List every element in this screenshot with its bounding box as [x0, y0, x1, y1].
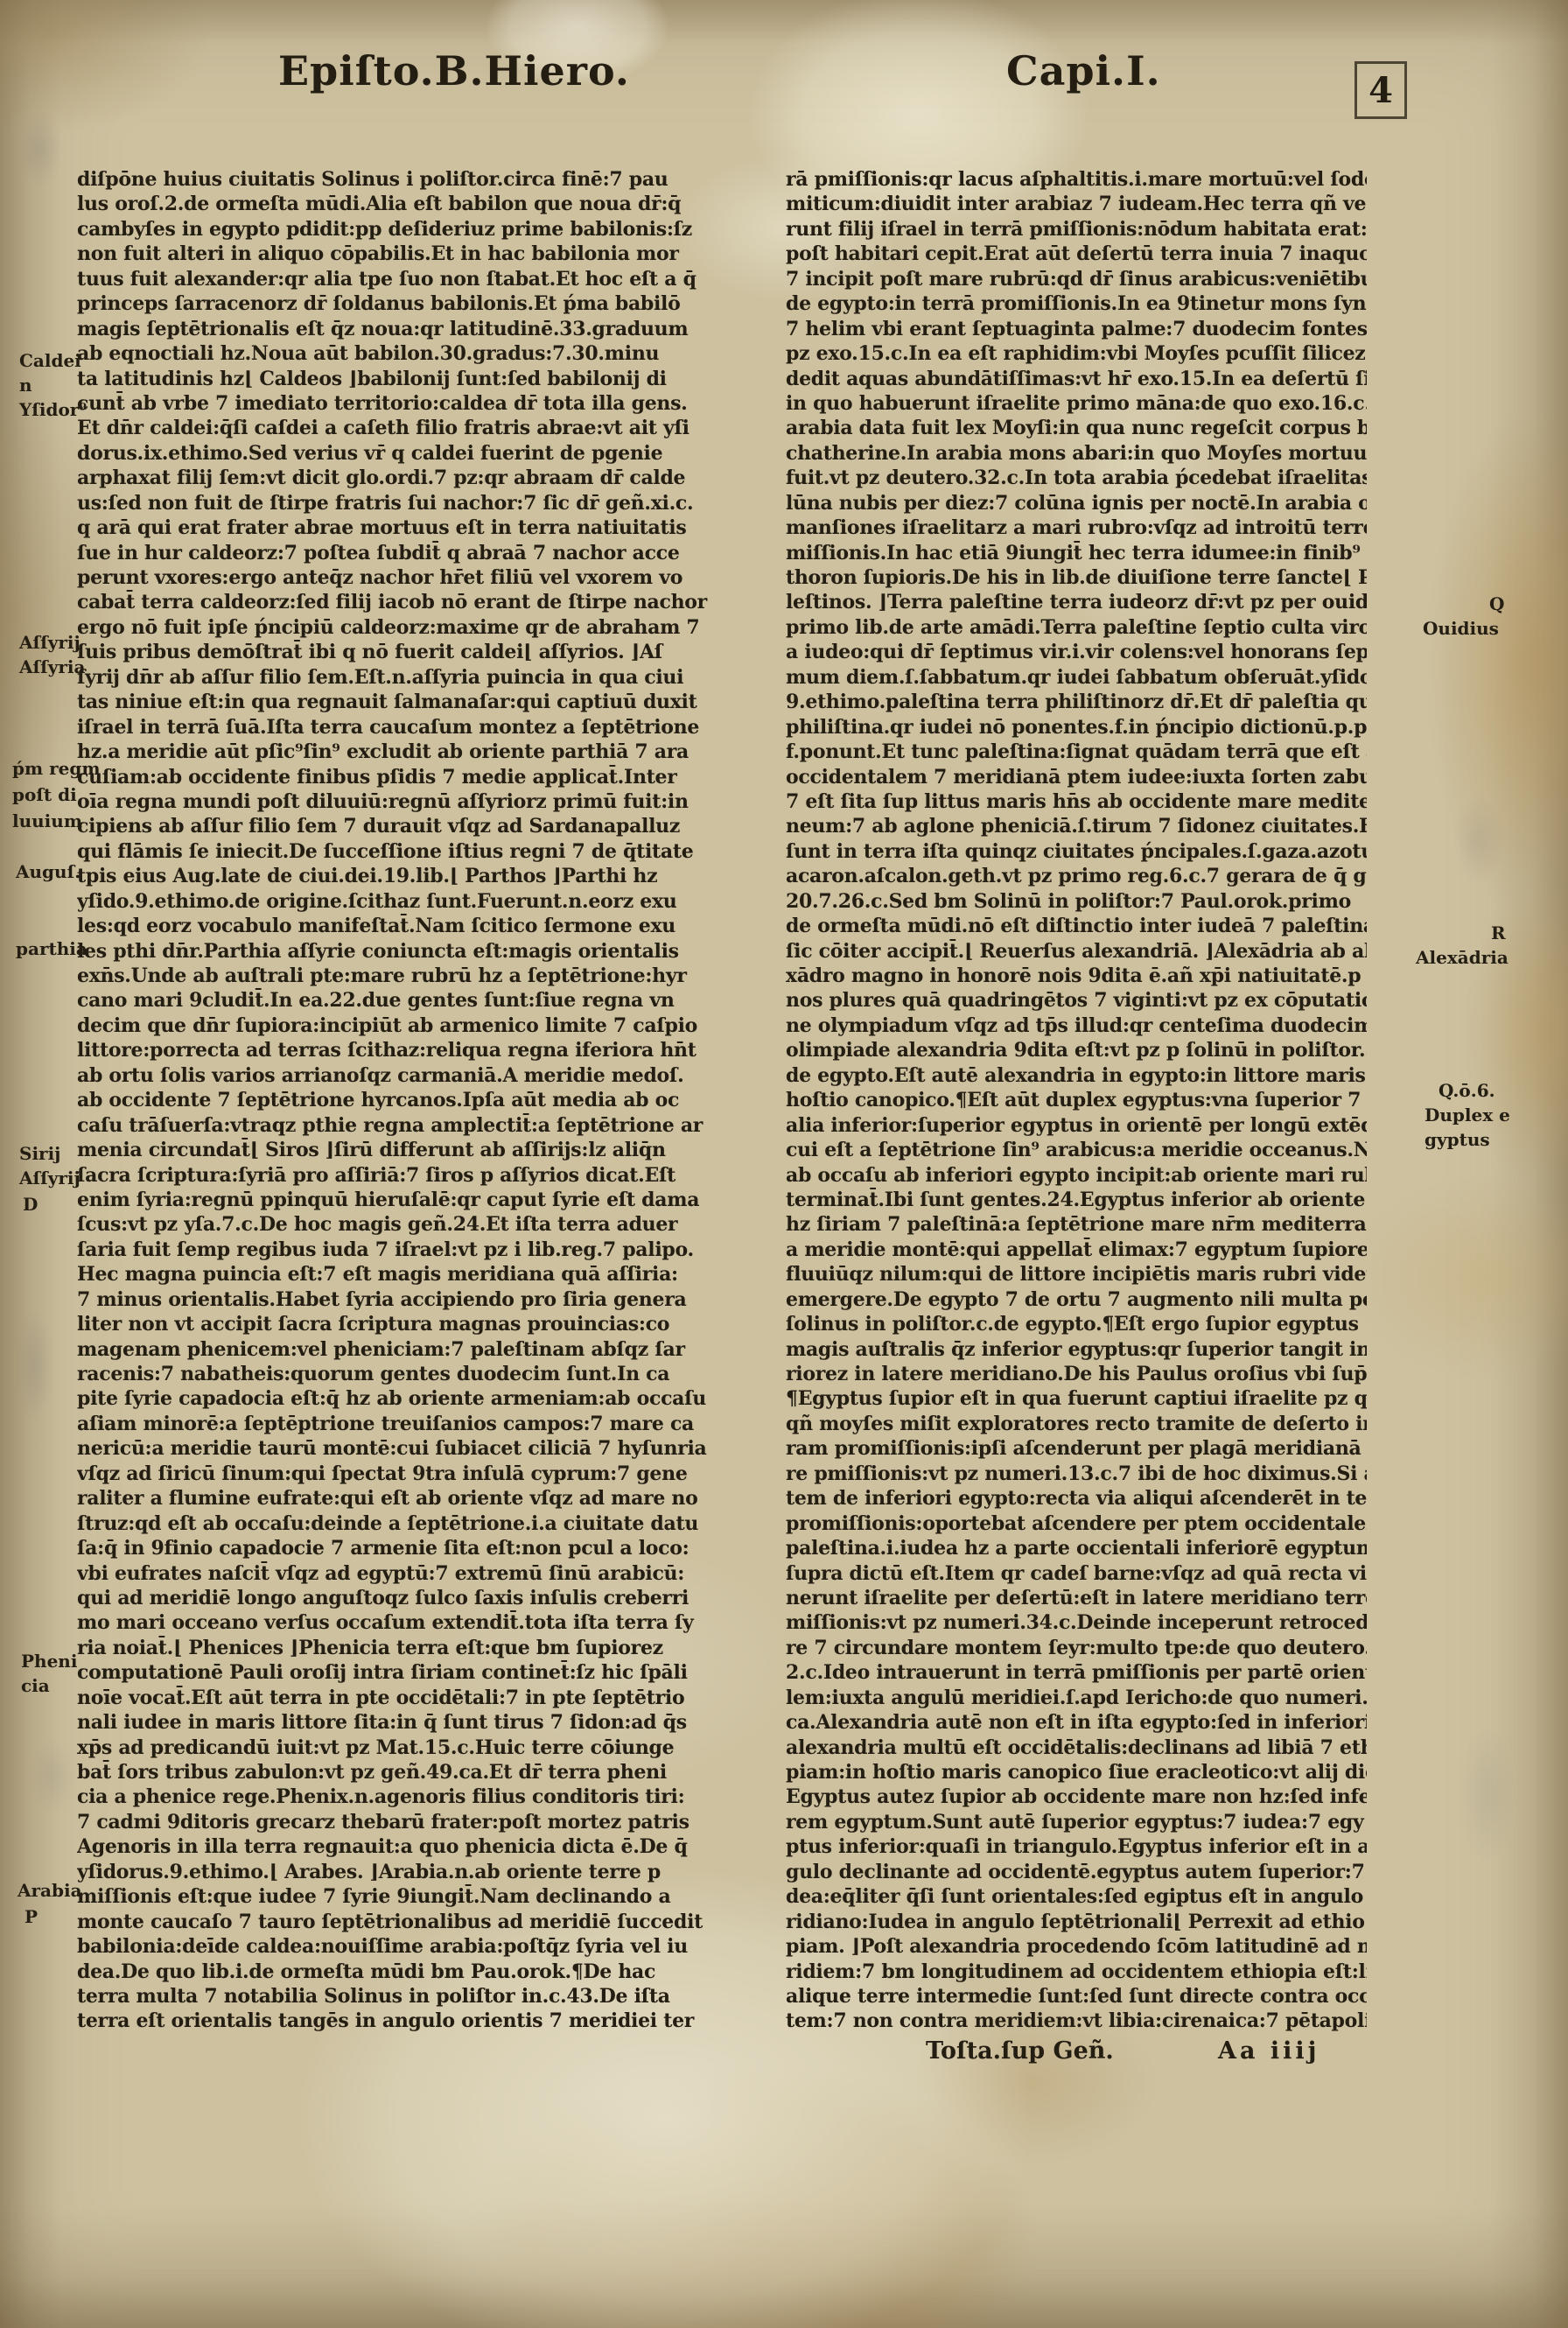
- text-line: 2.c.Ideo intrauerunt in terrā pmiſſionis…: [786, 1660, 1367, 1685]
- text-line: tem:7 non contra meridiem:vt libia:ciren…: [786, 2009, 1367, 2033]
- text-line: 7 incipit poſt mare rubrū:qd dr̄ ſinus a…: [786, 267, 1367, 291]
- text-line: princeps ſarracenorz dr̄ ſoldanus babilo…: [77, 291, 716, 316]
- text-line: monte caucaſo 7 tauro ſeptētrionalibus a…: [77, 1910, 716, 1934]
- text-line: noīe vocat̄.Eſt aūt terra in pte occidēt…: [77, 1686, 716, 1710]
- margin-note-luuium: luuium: [12, 810, 82, 831]
- text-line: dorus.ix.ethimo.Sed verius vr̄ q caldei …: [77, 441, 716, 466]
- text-line: re 7 circundare montem ſeyr:multo tpe:de…: [786, 1636, 1367, 1660]
- text-line: yſido.9.ethimo.de origine.ſcithaz ſunt.F…: [77, 889, 716, 914]
- text-line: computationē Pauli oroſij intra ſiriam c…: [77, 1660, 716, 1685]
- text-line: piam. ⌋Poſt alexandria procedendo ſcōm l…: [786, 1934, 1367, 1959]
- text-line: terminat̄.Ibi ſunt gentes.24.Egyptus inf…: [786, 1188, 1367, 1212]
- text-column-right: rā pmiſſionis:qr lacus aſphaltitis.i.mar…: [786, 167, 1367, 2034]
- text-line: enim ſyria:regnū ppinquū hieruſalē:qr ca…: [77, 1188, 716, 1212]
- text-line: de egypto:in terrā promiſſionis.In ea 9t…: [786, 291, 1367, 316]
- text-line: nos plures quā quadringētos 7 viginti:vt…: [786, 988, 1367, 1013]
- text-line: cambyſes in egypto pdidit:pp deſideriuz …: [77, 217, 716, 242]
- text-line: ca.Alexandria autē non eſt in iſta egypt…: [786, 1710, 1367, 1735]
- text-line: hz ſiriam 7 paleſtinā:a ſeptētrione mare…: [786, 1212, 1367, 1237]
- text-line: rem egyptum.Sunt autē ſuperior egyptus:7…: [786, 1810, 1367, 1834]
- text-line: cipiens ab aſſur filio ſem 7 durauit vſq…: [77, 814, 716, 838]
- text-line: menia circundat̄⌊ Siros ⌋ſirū differunt …: [77, 1138, 716, 1162]
- margin-note-arabia: Arabia: [17, 1880, 82, 1901]
- text-line: ab occaſu ab inferiori egypto incipit:ab…: [786, 1163, 1367, 1188]
- text-line: liter non vt accipit ſacra ſcriptura mag…: [77, 1312, 716, 1336]
- text-line: rā pmiſſionis:qr lacus aſphaltitis.i.mar…: [786, 167, 1367, 192]
- text-line: gulo declinante ad occidentē.egyptus aut…: [786, 1860, 1367, 1884]
- text-line: Hec magna puincia eſt:7 eſt magis meridi…: [77, 1262, 716, 1287]
- margin-note-assyrij: Aſſyrij: [19, 632, 80, 653]
- text-line: occidentalem 7 meridianā ptem iudee:iuxt…: [786, 765, 1367, 789]
- text-line: olimpiade alexandria 9dita eſt:vt pz p ſ…: [786, 1038, 1367, 1062]
- text-line: lem:iuxta angulū meridiei.ſ.apd Iericho:…: [786, 1686, 1367, 1710]
- text-line: xādro magno in honorē nois 9dita ē.añ xp…: [786, 964, 1367, 988]
- text-line: ab occidente 7 ſeptētrione hyrcanos.Ipſa…: [77, 1088, 716, 1112]
- text-line: tuus fuit alexander:qr alia tpe ſuo non …: [77, 267, 716, 291]
- text-line: perunt vxores:ergo anteq̄z nachor hr̄et …: [77, 565, 716, 590]
- text-line: ſcus:vt pz yſa.7.c.De hoc magis geñ.24.E…: [77, 1212, 716, 1237]
- text-line: dea:eq̄liter q̄ſi ſunt orientales:ſed eg…: [786, 1884, 1367, 1909]
- text-line: magenam phenicem:vel pheniciam:7 paleſti…: [77, 1337, 716, 1362]
- margin-note-alexadria: Alexādria: [1416, 947, 1508, 968]
- text-line: Egyptus autez ſupior ab occidente mare n…: [786, 1785, 1367, 1809]
- text-line: terra eſt orientalis tangēs in angulo or…: [77, 2009, 716, 2033]
- text-line: diſpōne huius ciuitatis Solinus i poliſt…: [77, 167, 716, 192]
- text-line: hz.a meridie aūt pſic⁹ſin⁹ excludit ab o…: [77, 740, 716, 764]
- text-line: 7 cadmi 9ditoris grecarz thebarū frater:…: [77, 1810, 716, 1834]
- text-line: primo lib.de arte amādi.Terra paleſtine …: [786, 615, 1367, 640]
- text-line: oīa regna mundi poſt diluuiū:regnū aſſyr…: [77, 789, 716, 814]
- text-line: decim que dn̄r ſupiora:incipiūt ab armen…: [77, 1013, 716, 1038]
- text-line: Agenoris in illa terra regnauit:a quo ph…: [77, 1834, 716, 1859]
- text-line: miſſionis:vt pz numeri.34.c.Deinde incep…: [786, 1610, 1367, 1635]
- text-line: tem de inferiori egypto:recta via aliqui…: [786, 1486, 1367, 1511]
- text-line: q arā qui erat frater abrae mortuus eſt …: [77, 515, 716, 540]
- margin-note-pheni: Pheni: [21, 1651, 77, 1672]
- text-line: mo mari occeano verſus occaſum extendit̄…: [77, 1610, 716, 1635]
- text-line: ram promiſſionis:ipſi aſcenderunt per pl…: [786, 1436, 1367, 1461]
- text-line: f.ponunt.Et tunc paleſtina:ſignat quādam…: [786, 740, 1367, 764]
- text-line: magis ſeptētrionalis eſt q̄z noua:qr lat…: [77, 317, 716, 341]
- footer-catchword: Toſta.ſup Geñ.: [926, 2037, 1114, 2065]
- text-line: les:qd eorz vocabulo manifeſtat̄.Nam ſci…: [77, 914, 716, 938]
- margin-note-post-di: poſt di: [12, 784, 77, 805]
- footer-signature: Aa iiij: [1218, 2037, 1319, 2065]
- text-line: iſrael in terrā ſuā.Iſta terra caucaſum …: [77, 715, 716, 740]
- text-line: ¶Egyptus ſupior eſt in qua fuerunt capti…: [786, 1386, 1367, 1411]
- text-line: fuit.vt pz deutero.32.c.In tota arabia ṕ…: [786, 466, 1367, 490]
- margin-note-p: P: [24, 1906, 38, 1927]
- text-line: ptus inferior:quaſi in triangulo.Egyptus…: [786, 1834, 1367, 1859]
- text-line: arabia data fuit lex Moyſi:in qua nunc r…: [786, 416, 1367, 440]
- text-line: miſſionis.In hac etiā 9iungit̄ hec terra…: [786, 541, 1367, 565]
- text-line: poſt habitari cepit.Erat aūt deſertū ter…: [786, 242, 1367, 266]
- margin-note-cia: cia: [21, 1675, 50, 1696]
- text-line: pite ſyrie capadocia eſt:q̄ hz ab orient…: [77, 1386, 716, 1411]
- text-line: tpis eius Aug.late de ciui.dei.19.lib.⌊ …: [77, 864, 716, 888]
- running-header-left: Epiſto.B.Hiero.: [278, 47, 630, 95]
- text-line: xp̄s ad predicandū iuit:vt pz Mat.15.c.H…: [77, 1735, 716, 1760]
- text-line: littore:porrecta ad terras ſcithaz:reliq…: [77, 1038, 716, 1062]
- text-line: cuſiam:ab occidente finibus pſidis 7 med…: [77, 765, 716, 789]
- text-line: exn̄s.Unde ab auſtrali pte:mare rubrū hz…: [77, 964, 716, 988]
- margin-note-n: n: [19, 375, 32, 396]
- text-line: a meridie montē:qui appellat̄ elimax:7 e…: [786, 1238, 1367, 1262]
- text-line: babilonia:deīde caldea:nouiſſime arabia:…: [77, 1934, 716, 1959]
- margin-note-augus: Auguſ.: [16, 861, 80, 882]
- text-line: ridiem:7 bm longitudinem ad occidentem e…: [786, 1960, 1367, 1984]
- text-line: fluuiūqz nilum:qui de littore incipiētis…: [786, 1262, 1367, 1287]
- text-line: 20.7.26.c.Sed bm Solinū in poliſtor:7 Pa…: [786, 889, 1367, 914]
- text-line: pz exo.15.c.In ea eſt raphidim:vbi Moyſe…: [786, 341, 1367, 366]
- text-line: ſue in hur caldeorz:7 poſtea ſubdit̄ q a…: [77, 541, 716, 565]
- folio-number: 4: [1354, 61, 1407, 119]
- margin-note-d: D: [23, 1194, 38, 1215]
- text-line: non fuit alteri in aliquo cōpabilis.Et i…: [77, 242, 716, 266]
- text-line: piam:in hoſtio maris canopico ſiue eracl…: [786, 1760, 1367, 1785]
- text-line: 7 helim vbi erant ſeptuaginta palme:7 du…: [786, 317, 1367, 341]
- text-line: nali iudee in maris littore ſita:in q̄ ſ…: [77, 1710, 716, 1735]
- margin-note-ouidius: Ouidius: [1423, 618, 1499, 639]
- text-line: runt filij iſrael in terrā pmiſſionis:nō…: [786, 217, 1367, 242]
- text-line: ſaria fuit ſemp regibus iuda 7 iſrael:vt…: [77, 1238, 716, 1262]
- text-line: nerunt iſraelite per deſertū:eſt in late…: [786, 1586, 1367, 1610]
- text-line: ſolinus in poliſtor.c.de egypto.¶Eſt erg…: [786, 1312, 1367, 1336]
- text-column-left: diſpōne huius ciuitatis Solinus i poliſt…: [77, 167, 716, 2034]
- text-line: 9.ethimo.paleſtina terra philiſtinorz dr…: [786, 690, 1367, 714]
- text-line: cano mari 9cludit̄.In ea.22.due gentes ſ…: [77, 988, 716, 1013]
- text-line: ſtruz:qd eſt ab occaſu:deinde a ſeptētri…: [77, 1511, 716, 1536]
- text-line: lus oroſ.2.de ormeſta mūdi.Alia eſt babi…: [77, 192, 716, 216]
- text-line: re pmiſſionis:vt pz numeri.13.c.7 ibi de…: [786, 1462, 1367, 1486]
- text-line: vbi eufrates naſcit̄ vſqz ad egyptū:7 ex…: [77, 1561, 716, 1586]
- text-line: mum diem.ſ.ſabbatum.qr iudei ſabbatum ob…: [786, 665, 1367, 690]
- text-line: cabat̄ terra caldeorz:ſed filij iacob nō…: [77, 590, 716, 614]
- margin-note-caldei: Caldei: [19, 350, 81, 371]
- text-line: paleſtina.i.iudea hz a parte occientali …: [786, 1536, 1367, 1560]
- text-line: ſa:q̄ in 9finio capadocie 7 armenie ſita…: [77, 1536, 716, 1560]
- margin-note-gyptus: gyptus: [1424, 1129, 1490, 1150]
- text-line: ria noiat̄.⌊ Phenices ⌋Phenicia terra eſ…: [77, 1636, 716, 1660]
- text-line: yſidorus.9.ethimo.⌊ Arabes. ⌋Arabia.n.ab…: [77, 1860, 716, 1884]
- text-line: us:ſed non fuit de ſtirpe fratris ſui na…: [77, 491, 716, 515]
- text-line: aſiam minorē:a ſeptēptrione treuiſanios …: [77, 1412, 716, 1436]
- text-line: arphaxat filij ſem:vt dicit glo.ordi.7 p…: [77, 466, 716, 490]
- margin-note-assyria: Aſſyria: [19, 656, 85, 677]
- margin-note-duplex-e: Duplex e: [1424, 1104, 1510, 1125]
- text-line: ta latitudinis hz⌊ Caldeos ⌋babilonij ſu…: [77, 367, 716, 391]
- text-line: ergo nō fuit ipſe ṕncipiū caldeorz:maxim…: [77, 615, 716, 640]
- text-line: alexandria multū eſt occidētalis:declina…: [786, 1735, 1367, 1760]
- text-line: ſic cōiter accipit̄.⌊ Reuerſus alexandri…: [786, 939, 1367, 964]
- text-line: cui eſt a ſeptētrione ſin⁹ arabicus:a me…: [786, 1138, 1367, 1162]
- text-line: racenis:7 nabatheis:quorum gentes duodec…: [77, 1362, 716, 1386]
- text-line: miſſionis eſt:que iudee 7 ſyrie 9iungit̄…: [77, 1884, 716, 1909]
- text-line: riorez in latere meridiano.De his Paulus…: [786, 1362, 1367, 1386]
- text-line: cunt̄ ab vrbe 7 imediato territorio:cald…: [77, 391, 716, 416]
- margin-note-r: R: [1491, 922, 1506, 943]
- text-line: magis auſtralis q̄z inferior egyptus:qr …: [786, 1337, 1367, 1362]
- text-line: ſacra ſcriptura:ſyriā pro aſſiriā:7 ſiro…: [77, 1163, 716, 1188]
- text-line: 7 eſt ſita ſup littus maris hn̄s ab occi…: [786, 789, 1367, 814]
- text-line: dea.De quo lib.i.de ormeſta mūdi bm Pau.…: [77, 1960, 716, 1984]
- text-line: hoſtio canopico.¶Eſt aūt duplex egyptus:…: [786, 1088, 1367, 1112]
- text-line: leſtinos. ⌋Terra paleſtine terra iudeorz…: [786, 590, 1367, 614]
- text-line: les pthi dn̄r.Parthia aſſyrie coniuncta …: [77, 939, 716, 964]
- text-line: miticum:diuidit inter arabiaz 7 iudeam.H…: [786, 192, 1367, 216]
- text-line: ſyrij dn̄r ab aſſur filio ſem.Eſt.n.aſſy…: [77, 665, 716, 690]
- text-line: ſuis pribus demōſtrat̄ ibi q nō fuerit c…: [77, 640, 716, 664]
- text-line: philiſtina.qr iudei nō ponentes.f.in ṕnc…: [786, 715, 1367, 740]
- text-line: emergere.De egypto 7 de ortu 7 augmento …: [786, 1287, 1367, 1312]
- text-line: chatherine.In arabia mons abari:in quo M…: [786, 441, 1367, 466]
- text-line: ſunt in terra iſta quinqz ciuitates ṕnci…: [786, 839, 1367, 864]
- text-line: alique terre intermedie ſunt:ſed ſunt di…: [786, 1984, 1367, 2009]
- text-line: lūna nubis per diez:7 colūna ignis per n…: [786, 491, 1367, 515]
- text-line: cia a phenice rege.Phenix.n.agenoris fil…: [77, 1785, 716, 1809]
- text-line: bat̄ ſors tribus zabulon:vt pz geñ.49.ca…: [77, 1760, 716, 1785]
- text-line: qui flāmis ſe iniecit.De ſucceſſione iſt…: [77, 839, 716, 864]
- text-line: ab ortu ſolis varios arrianoſqz carmaniā…: [77, 1063, 716, 1088]
- text-line: terra multa 7 notabilia Solinus in poliſ…: [77, 1984, 716, 2009]
- text-line: qñ moyſes miſit exploratores recto trami…: [786, 1412, 1367, 1436]
- text-line: de egypto.Eſt autē alexandria in egypto:…: [786, 1063, 1367, 1088]
- text-line: 7 minus orientalis.Habet ſyria accipiend…: [77, 1287, 716, 1312]
- text-line: dedit aquas abundātiſſimas:vt hr̄ exo.15…: [786, 367, 1367, 391]
- text-line: qui ad meridiē longo anguſtoqz ſulco ſax…: [77, 1586, 716, 1610]
- text-line: promiſſionis:oportebat aſcendere per pte…: [786, 1511, 1367, 1536]
- margin-note-q: Q: [1489, 593, 1504, 614]
- text-line: acaron.aſcalon.geth.vt pz primo reg.6.c.…: [786, 864, 1367, 888]
- text-line: caſu trāſuerſa:vtraqz pthie regna amplec…: [77, 1113, 716, 1138]
- text-line: ne olympiadum vſqz ad tp̄s illud:qr cent…: [786, 1013, 1367, 1038]
- text-line: nericū:a meridie taurū montē:cui ſubiace…: [77, 1436, 716, 1461]
- text-line: ab eqnoctiali hz.Noua aūt babilon.30.gra…: [77, 341, 716, 366]
- text-line: neum:7 ab aglone pheniciā.ſ.tirum 7 ſido…: [786, 814, 1367, 838]
- margin-note-sirij: Sirij: [19, 1143, 60, 1164]
- text-line: ridiano:Iudea in angulo ſeptētrionali⌊ P…: [786, 1910, 1367, 1934]
- text-line: ſupra dictū eſt.Item qr cadeſ barne:vſqz…: [786, 1561, 1367, 1586]
- margin-note-assyrij-2: Aſſyrij: [19, 1168, 80, 1189]
- margin-note-qo6: Q.ō.6.: [1438, 1080, 1495, 1101]
- running-header-right: Capi.I.: [1006, 47, 1161, 95]
- text-line: alia inferior:ſuperior egyptus in orient…: [786, 1113, 1367, 1138]
- text-line: vſqz ad ſiricū ſinum:qui ſpectat 9tra in…: [77, 1462, 716, 1486]
- text-line: de ormeſta mūdi.nō eſt diſtinctio inter …: [786, 914, 1367, 938]
- text-line: Et dn̄r caldei:q̄ſi caſdei a caſeth fili…: [77, 416, 716, 440]
- text-line: manſiones iſraelitarz a mari rubro:vſqz …: [786, 515, 1367, 540]
- text-line: in quo habuerunt iſraelite primo māna:de…: [786, 391, 1367, 416]
- text-line: raliter a flumine eufrate:qui eſt ab ori…: [77, 1486, 716, 1511]
- text-line: a iudeo:qui dr̄ ſeptimus vir.i.vir colen…: [786, 640, 1367, 664]
- text-line: tas niniue eſt:in qua regnauit ſalmanaſa…: [77, 690, 716, 714]
- text-line: thoron ſupioris.De his in lib.de diuiſio…: [786, 565, 1367, 590]
